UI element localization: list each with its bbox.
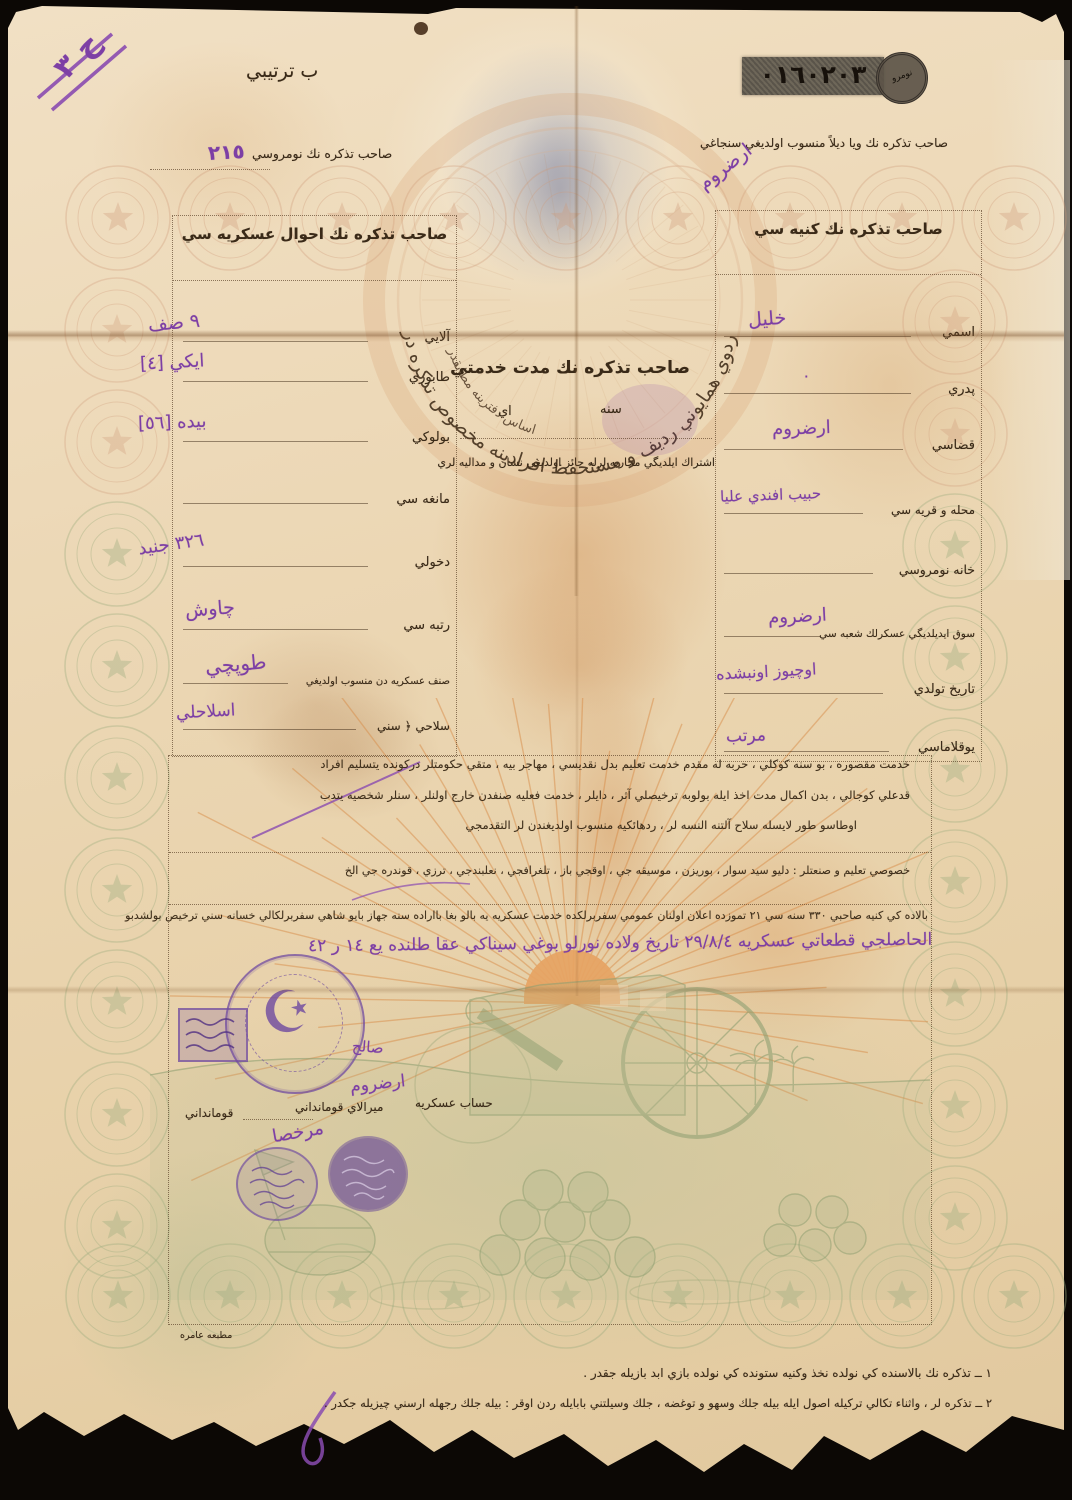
field-value: بيده [٥٦] [138,411,207,434]
serial-seal: نومرو [876,52,928,104]
order-note: ب ترتيبي [246,60,318,82]
field-label: پدري [948,382,975,397]
field-row: طابوري [173,361,456,387]
field-label: آلايي [425,330,450,345]
footer-note-2: ٢ ــ تذكره لر ، واثناء تكالي تركيله اصول… [324,1396,992,1410]
field-label: تاريخ تولدي [914,682,975,697]
conditions-line-2: قدعلي كوجالي ، بدن اكمال مدت اخذ ايله بو… [320,788,910,802]
signature-leader [243,1118,313,1120]
unit-year: سنه [600,402,622,417]
footer-note-1: ١ ــ تذكره نك بالاسنده كي نولده نخذ وكني… [583,1366,992,1380]
separator [460,437,712,439]
field-line [724,693,883,694]
document-scan: دولت عليه عثمانيه اوردوي همايوني رديف و … [0,0,1072,1500]
content-layer: ح ٣ ب ترتيبي ٠١٦٠٢٠٣ نومرو صاحب تذكره نك… [0,0,1072,1500]
field-value: مرتب [726,725,767,746]
field-line [724,393,911,394]
medals-line: اشتراك ايلديگي محاربه لرله حائز اولديغي … [420,456,715,469]
field-label: اسمي [942,325,975,340]
field-value: اسلاحلي [176,700,236,723]
field-value: حبيب افندي عليا [720,484,822,506]
field-label: قضاسي [932,438,975,453]
serial-number: ٠١٦٠٢٠٣ [742,60,884,89]
field-label: محله و قريه سي [891,503,975,517]
military-box-header: صاحب تذكره نك احوال عسكريه سي [173,225,456,243]
field-line [183,341,368,342]
field-line [724,513,863,514]
field-line [724,449,903,450]
field-row: آلايي [173,321,456,347]
field-row: پدري [716,373,981,399]
field-line [724,636,821,637]
field-label: بولوكي [412,430,450,445]
field-label: سوق ايديلديگي عسكرلك شعبه سي [819,628,975,640]
field-line [183,683,288,684]
conditions-line-1: خدمت مقصوره ، بو سنه كوكلي ، حربه له مقد… [320,757,910,771]
unit-month: اي [498,404,512,419]
serial-number-stamp: ٠١٦٠٢٠٣ [742,57,884,95]
header-separator [716,273,981,275]
mobilization-line: بالاده كي كنيه صاحبي ٣٣٠ سنه سي ٢١ تموزد… [125,909,928,922]
field-line [183,566,368,567]
field-row: دخولي [173,546,456,572]
field-row: قضاسي [716,429,981,455]
field-row: بولوكي [173,421,456,447]
note-number: ٢ ــ [975,1396,992,1410]
field-row: سوق ايديلديگي عسكرلك شعبه سي [716,616,981,642]
identity-box-header: صاحب تذكره نك كنيه سي [716,220,981,238]
conditions-line-3: اوطاسو طور لايسله سلاح آلتنه النسه لر ، … [466,818,857,832]
separator [169,903,931,905]
field-line [183,729,356,730]
signature-label-right: حساب عسكريه [415,1096,493,1110]
field-label: خانه نومروسي [899,562,975,577]
field-value: چاوش [184,596,235,621]
note-text: تذكره لر ، واثناء تكالي تركيله اصول ايله… [324,1396,972,1410]
field-line [183,381,368,382]
field-label: صنف عسكريه دن منسوب اولديغي [306,676,450,687]
separator [169,851,931,853]
field-value: ارضروم [767,604,827,628]
signature-label-middle: ميرالاي قومانداني [295,1100,383,1114]
field-label: سلاحي ﴿ سني [377,719,450,733]
note-number: ١ ــ [975,1366,992,1380]
specialties-line: خصوصي تعليم و صنعتلر : دليو سيد سوار ، ب… [345,864,910,877]
owner-number-label: صاحب تذكره نك نومروسي [252,146,392,161]
field-line [724,336,911,337]
field-value: ايكي [٤] [139,350,204,374]
lower-section-box [168,755,932,1325]
field-label: مانغه سي [396,492,450,507]
field-value: ٩ صف [147,310,201,336]
field-row: مانغه سي [173,483,456,509]
field-label: يوقلاماسي [918,740,975,755]
field-line [183,441,368,442]
header-separator [173,279,456,281]
field-value: ٠ [802,366,811,385]
field-value: خليل [747,307,787,332]
service-header: صاحب تذكره نك مدت خدمتي [420,358,720,378]
field-label: رتبه سي [403,618,450,633]
serial-seal-label: نومرو [879,64,926,88]
press-mark: مطبعه عامره [180,1330,232,1341]
corner-scribble: ح ٣ [47,25,107,86]
field-line [724,573,873,574]
leader-line [150,168,270,170]
field-line [183,503,368,504]
note-text: تذكره نك بالاسنده كي نولده نخذ وكنيه ستو… [583,1366,971,1380]
field-value: ارضروم [772,417,831,440]
field-row: خانه نومروسي [716,553,981,579]
owner-number-value: ٢١٥ [207,139,245,165]
signature-label-left: قومانداني [185,1106,233,1120]
field-line [183,629,368,630]
field-label: دخولي [415,555,450,570]
field-line [724,751,889,752]
